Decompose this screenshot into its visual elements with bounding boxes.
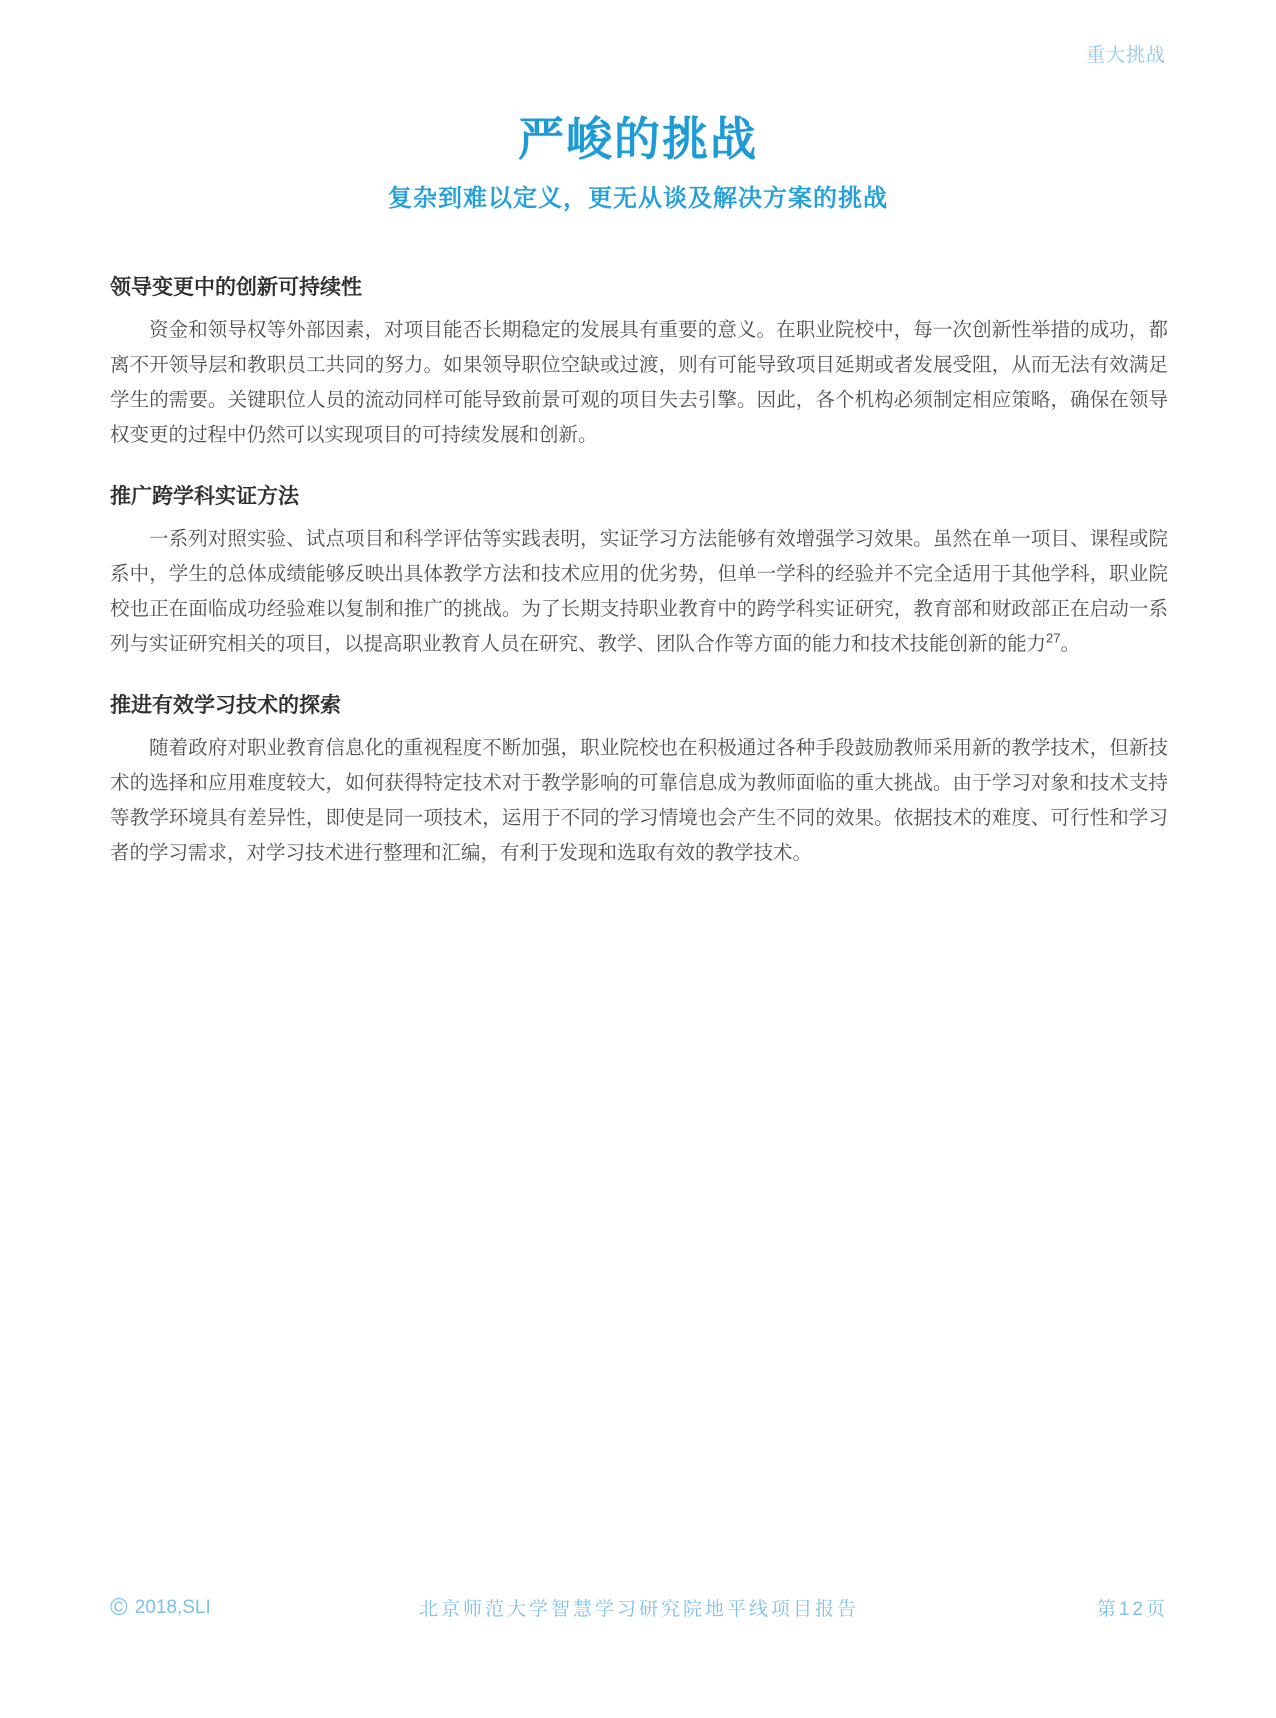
footer-report-title: 北京师范大学智慧学习研究院地平线项目报告 bbox=[270, 1594, 1008, 1621]
page-title: 严峻的挑战 bbox=[0, 103, 1276, 169]
copyright-text: 2018,SLI bbox=[135, 1597, 211, 1619]
paragraph-text: 资金和领导权等外部因素，对项目能否长期稳定的发展具有重要的意义。在职业院校中，每… bbox=[110, 319, 1168, 446]
section-leadership-change: 领导变更中的创新可持续性 资金和领导权等外部因素，对项目能否长期稳定的发展具有重… bbox=[110, 270, 1168, 453]
section-heading: 领导变更中的创新可持续性 bbox=[110, 270, 1168, 305]
footer-copyright: © 2018,SLI bbox=[110, 1596, 270, 1620]
footnote-reference: 27 bbox=[1046, 631, 1060, 646]
running-header: 重大挑战 bbox=[1086, 40, 1166, 67]
section-learning-technology: 推进有效学习技术的探索 随着政府对职业教育信息化的重视程度不断加强，职业院校也在… bbox=[110, 688, 1168, 871]
section-paragraph: 一系列对照实验、试点项目和科学评估等实践表明，实证学习方法能够有效增强学习效果。… bbox=[110, 522, 1168, 662]
section-empirical-methods: 推广跨学科实证方法 一系列对照实验、试点项目和科学评估等实践表明，实证学习方法能… bbox=[110, 479, 1168, 662]
section-heading: 推进有效学习技术的探索 bbox=[110, 688, 1168, 723]
page-footer: © 2018,SLI 北京师范大学智慧学习研究院地平线项目报告 第12页 bbox=[110, 1594, 1168, 1621]
page-subtitle: 复杂到难以定义，更无从谈及解决方案的挑战 bbox=[0, 178, 1276, 213]
footer-page-number: 第12页 bbox=[1008, 1594, 1168, 1621]
paragraph-text-end: 。 bbox=[1060, 633, 1080, 655]
paragraph-text: 一系列对照实验、试点项目和科学评估等实践表明，实证学习方法能够有效增强学习效果。… bbox=[110, 528, 1168, 655]
document-page: 重大挑战 严峻的挑战 复杂到难以定义，更无从谈及解决方案的挑战 领导变更中的创新… bbox=[0, 0, 1276, 1718]
content-area: 领导变更中的创新可持续性 资金和领导权等外部因素，对项目能否长期稳定的发展具有重… bbox=[110, 270, 1168, 897]
section-paragraph: 随着政府对职业教育信息化的重视程度不断加强，职业院校也在积极通过各种手段鼓励教师… bbox=[110, 731, 1168, 871]
section-paragraph: 资金和领导权等外部因素，对项目能否长期稳定的发展具有重要的意义。在职业院校中，每… bbox=[110, 313, 1168, 453]
copyright-icon: © bbox=[110, 1596, 128, 1620]
section-heading: 推广跨学科实证方法 bbox=[110, 479, 1168, 514]
paragraph-text: 随着政府对职业教育信息化的重视程度不断加强，职业院校也在积极通过各种手段鼓励教师… bbox=[110, 737, 1168, 864]
